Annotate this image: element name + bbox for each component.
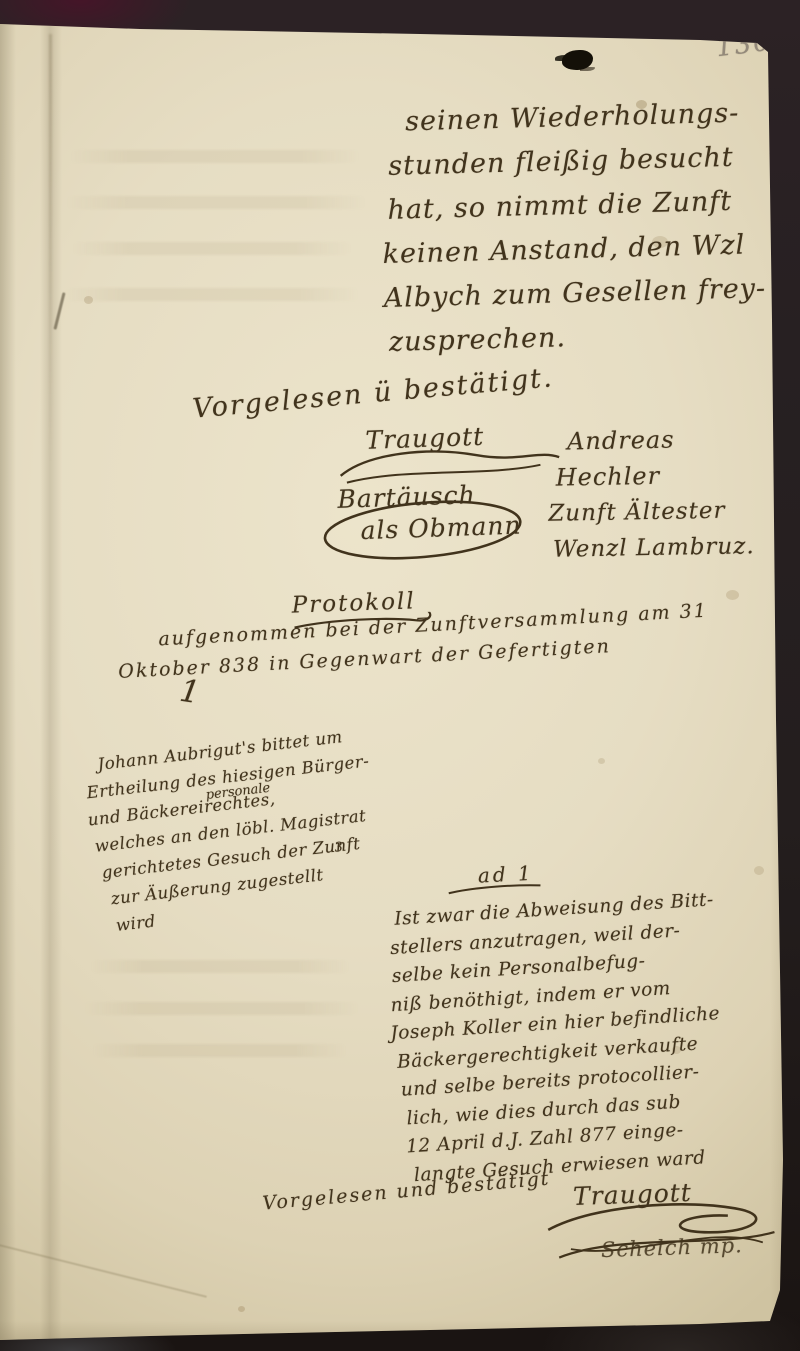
signature: Schelch mp. — [600, 1226, 781, 1268]
closing-signature: Traugott Schelch mp. — [539, 1172, 782, 1270]
signature: Zunft Ältester — [548, 492, 754, 532]
ink-blot — [562, 50, 593, 70]
foxing-spot — [238, 1306, 245, 1312]
ink-bleedthrough — [72, 242, 352, 255]
item-number: 1 — [177, 673, 202, 712]
signature: Wenzl Lambruz. — [553, 528, 755, 568]
ink-bleedthrough — [90, 960, 350, 973]
inserted-numeral: 3 — [334, 840, 344, 856]
item-number-text: 1 — [177, 673, 202, 712]
folio-number: 130 — [714, 27, 773, 64]
manuscript-line: zusprechen. — [388, 311, 767, 365]
signature: Andreas — [567, 420, 753, 459]
signature-column-right: Andreas Hechler Zunft Ältester Wenzl Lam… — [547, 420, 755, 568]
ink-bleedthrough — [70, 150, 360, 163]
book-scan-background: 130 seinen Wiederholungs- stunden fleißi… — [0, 0, 800, 1351]
ink-bleedthrough — [84, 1002, 359, 1015]
entry-top-paragraph: seinen Wiederholungs- stunden fleißig be… — [379, 91, 768, 365]
manuscript-page: 130 seinen Wiederholungs- stunden fleißi… — [0, 0, 800, 1351]
attestation-text: Vorgelesen ü bestätigt. — [191, 362, 554, 424]
response-heading: ad 1 — [477, 860, 543, 894]
ink-bleedthrough — [66, 196, 366, 209]
binding-crease — [49, 34, 52, 464]
response-paragraph: Ist zwar die Abweisung des Bitt- steller… — [388, 886, 731, 1190]
signature: Hechler — [555, 456, 753, 495]
ink-bleedthrough — [64, 288, 359, 301]
foxing-spot — [754, 866, 764, 875]
corner-crease — [0, 1240, 207, 1298]
signature: als Obmann — [360, 511, 522, 546]
response-heading-text: ad 1 — [477, 861, 534, 888]
foxing-spot — [598, 758, 605, 764]
signature-column-left: Traugott Bartäusch als Obmann — [333, 416, 567, 550]
ink-bleedthrough — [92, 1044, 347, 1057]
protocol-title: Protokoll — [291, 588, 416, 618]
margin-note: Johann Aubrigut's bittet um Ertheilung d… — [82, 721, 386, 941]
circled-signature: als Obmann — [336, 506, 567, 550]
attestation-line: Vorgelesen ü bestätigt. — [191, 362, 554, 424]
foxing-spot — [726, 590, 739, 600]
